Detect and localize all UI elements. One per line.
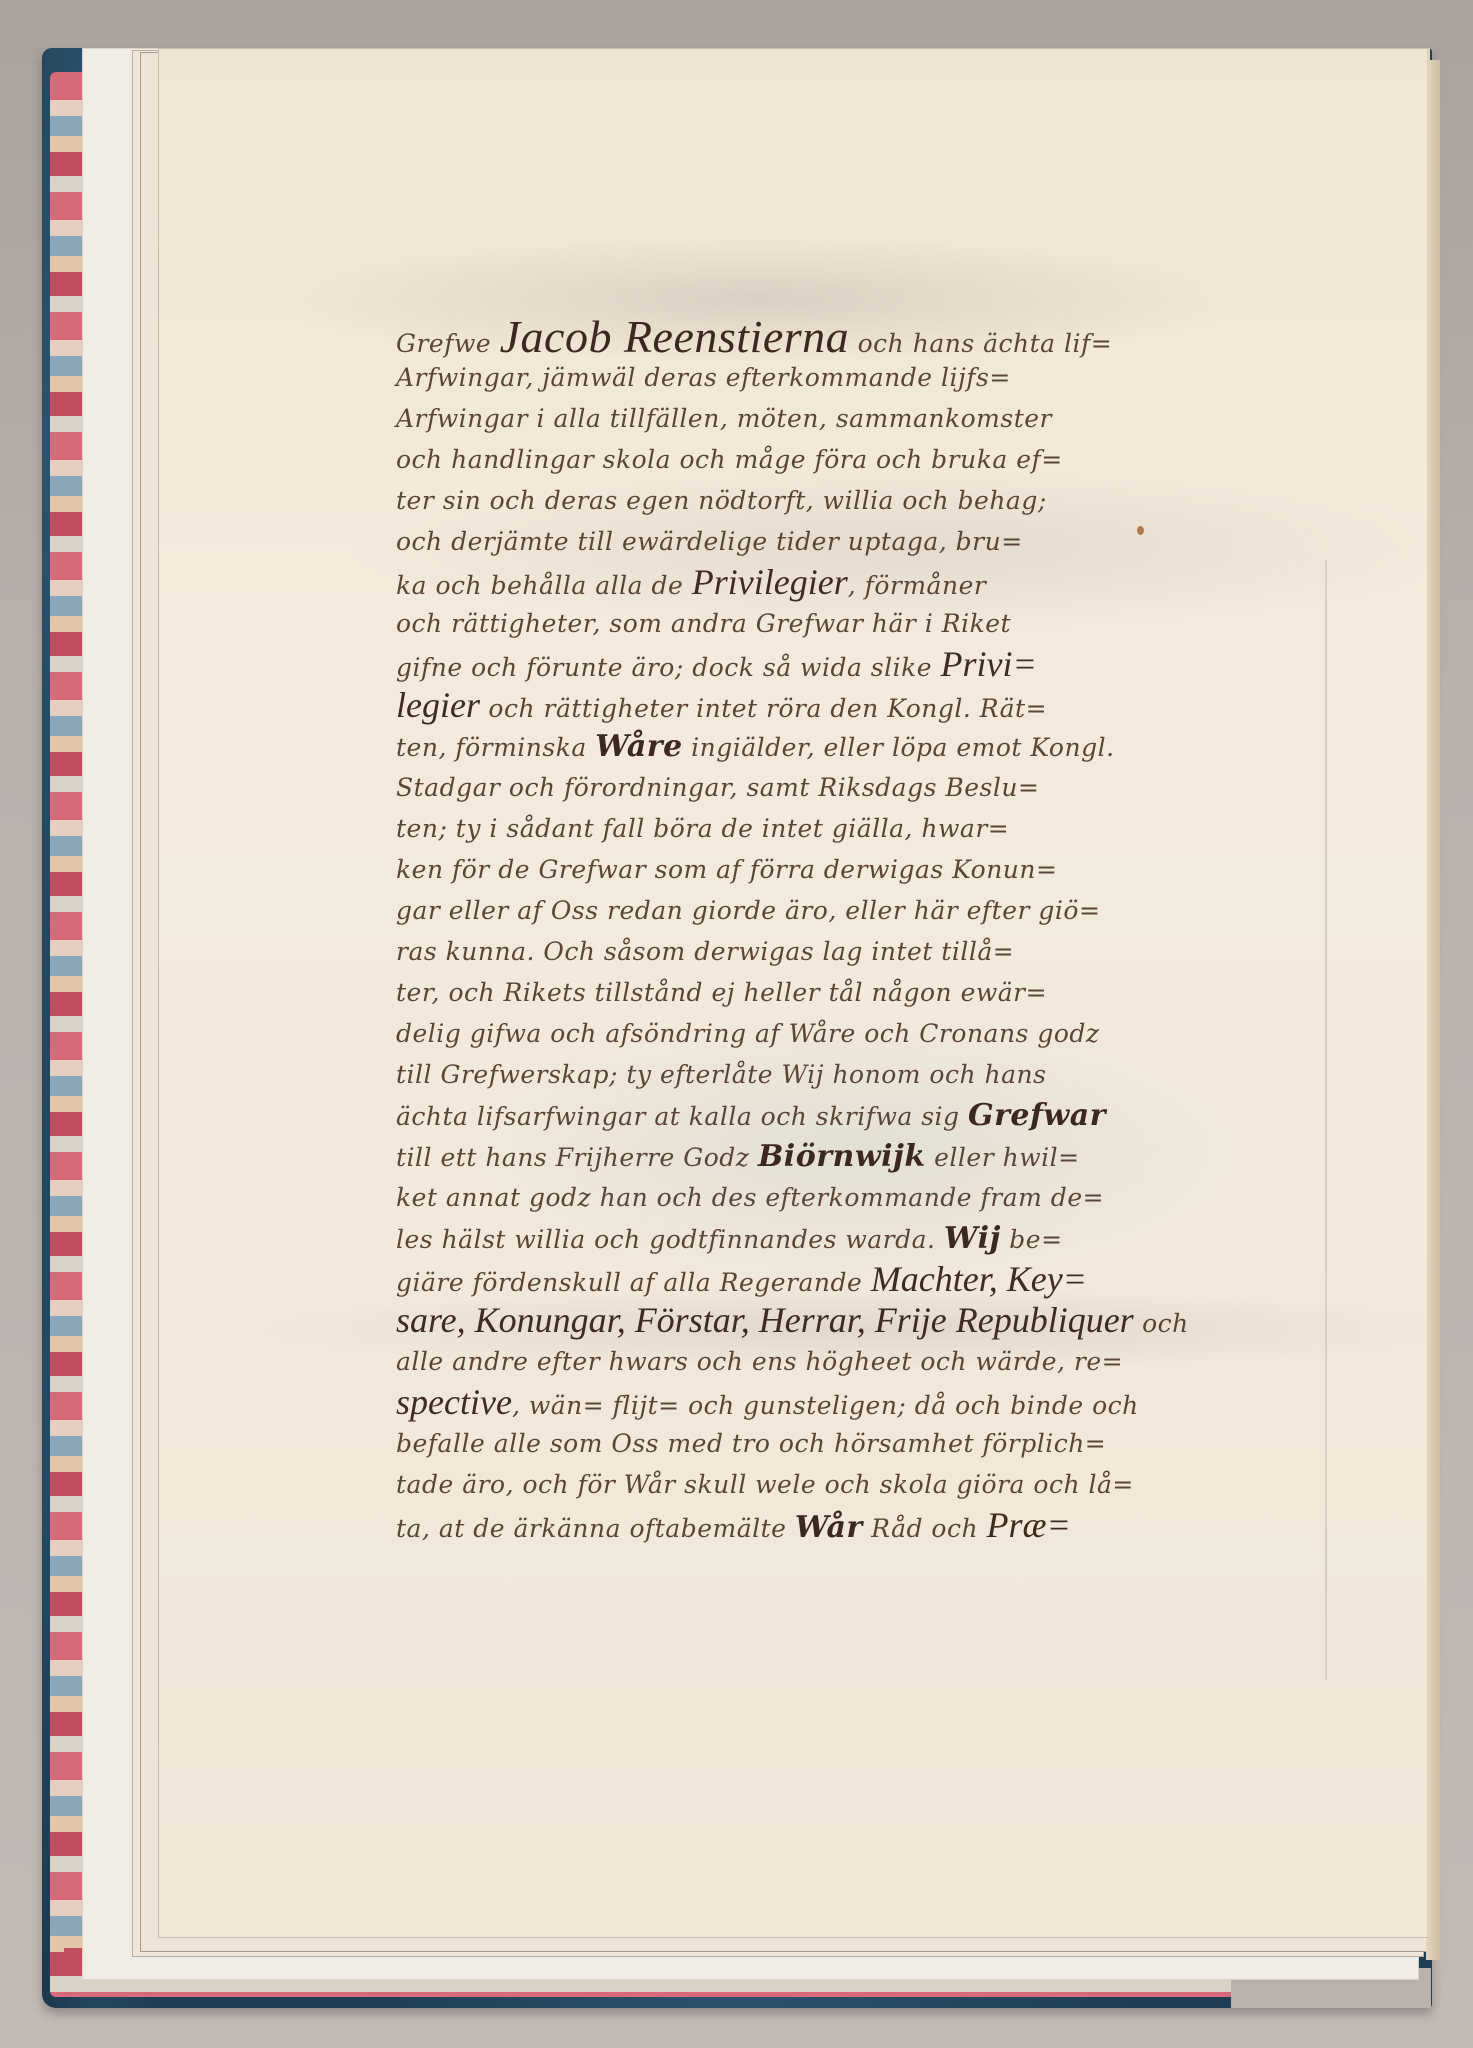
text-line: Arfwingar, jämwäl deras efterkommande li… xyxy=(396,357,1326,398)
text-line: till ett hans Frijherre Godz Biörnwijk e… xyxy=(396,1136,1326,1177)
text-line: sare, Konungar, Förstar, Herrar, Frije R… xyxy=(396,1300,1326,1341)
text-line: ächta lifsarfwingar at kalla och skrifwa… xyxy=(396,1095,1326,1136)
text-segment: ras kunna. Och såsom derwigas lag intet … xyxy=(396,937,1014,966)
text-line: och rättigheter, som andra Grefwar här i… xyxy=(396,603,1326,644)
text-line: spective, wän= flijt= och gunsteligen; d… xyxy=(396,1382,1326,1423)
text-segment: och rättigheter, som andra Grefwar här i… xyxy=(396,609,1011,638)
text-line: gar eller af Oss redan giorde äro, eller… xyxy=(396,890,1326,931)
text-line: ka och behålla alla de Privilegier, förm… xyxy=(396,562,1326,603)
text-line: legier och rättigheter intet röra den Ko… xyxy=(396,685,1326,726)
emphasized-word: Grefwar xyxy=(968,1098,1106,1133)
text-segment: , förmåner xyxy=(848,571,987,600)
text-segment: delig gifwa och afsöndring af Wåre och C… xyxy=(396,1019,1100,1048)
text-segment: och hans ächta lif= xyxy=(849,329,1112,358)
text-line: gifne och förunte äro; dock så wida slik… xyxy=(396,644,1326,685)
text-segment: ken för de Grefwar som af förra derwigas… xyxy=(396,855,1057,884)
text-segment: , wän= flijt= och gunsteligen; då och bi… xyxy=(512,1391,1139,1420)
text-line: ta, at de ärkänna oftabemälte Wår Råd oc… xyxy=(396,1505,1326,1546)
text-segment: gar eller af Oss redan giorde äro, eller… xyxy=(396,896,1100,925)
text-segment: till Grefwerskap; ty efterlåte Wij honom… xyxy=(396,1060,1046,1089)
emphasized-word: Præ= xyxy=(987,1505,1071,1545)
text-segment: Arfwingar i alla tillfällen, möten, samm… xyxy=(396,404,1052,433)
text-segment: ingiälder, eller löpa emot Kongl. xyxy=(683,733,1115,762)
text-line: Stadgar och förordningar, samt Riksdags … xyxy=(396,767,1326,808)
text-segment: eller hwil= xyxy=(926,1143,1080,1172)
text-segment: Arfwingar, jämwäl deras efterkommande li… xyxy=(396,363,1011,392)
text-line: ter sin och deras egen nödtorft, willia … xyxy=(396,480,1326,521)
text-segment: alle andre efter hwars och ens högheet o… xyxy=(396,1347,1123,1376)
text-segment: les hälst willia och godtfinnandes warda… xyxy=(396,1225,944,1254)
text-segment: Grefwe xyxy=(396,329,500,358)
text-line: giäre fördenskull af alla Regerande Mach… xyxy=(396,1259,1326,1300)
text-segment: ta, at de ärkänna oftabemälte xyxy=(396,1514,795,1543)
text-segment: ter, och Rikets tillstånd ej heller tål … xyxy=(396,978,1047,1007)
emphasized-word: Privi= xyxy=(941,644,1037,684)
manuscript-text: Grefwe Jacob Reenstierna och hans ächta … xyxy=(396,316,1326,1546)
emphasized-word: sare, Konungar, Förstar, Herrar, Frije R… xyxy=(396,1300,1134,1340)
text-segment: ächta lifsarfwingar at kalla och skrifwa… xyxy=(396,1102,968,1131)
text-line: och derjämte till ewärdelige tider uptag… xyxy=(396,521,1326,562)
text-segment: tade äro, och för Wår skull wele och sko… xyxy=(396,1470,1134,1499)
text-line: les hälst willia och godtfinnandes warda… xyxy=(396,1218,1326,1259)
text-segment: giäre fördenskull af alla Regerande xyxy=(396,1268,871,1297)
text-segment: ka och behålla alla de xyxy=(396,571,692,600)
text-segment: ten, förminska xyxy=(396,733,595,762)
text-line: delig gifwa och afsöndring af Wåre och C… xyxy=(396,1013,1326,1054)
text-segment: och handlingar skola och måge föra och b… xyxy=(396,445,1063,474)
emphasized-word: Wår xyxy=(795,1510,863,1545)
text-segment: Råd och xyxy=(863,1514,987,1543)
text-line: ten; ty i sådant fall böra de intet giäl… xyxy=(396,808,1326,849)
text-segment: be= xyxy=(1001,1225,1063,1254)
emphasized-word: Privilegier xyxy=(692,562,848,602)
text-segment: till ett hans Frijherre Godz xyxy=(396,1143,758,1172)
text-line: ras kunna. Och såsom derwigas lag intet … xyxy=(396,931,1326,972)
text-line: till Grefwerskap; ty efterlåte Wij honom… xyxy=(396,1054,1326,1095)
emphasized-word: Machter, Key= xyxy=(871,1259,1087,1299)
emphasized-word: Wåre xyxy=(595,729,682,764)
text-line: ter, och Rikets tillstånd ej heller tål … xyxy=(396,972,1326,1013)
text-line: befalle alle som Oss med tro och hörsamh… xyxy=(396,1423,1326,1464)
text-line: ket annat godz han och des efterkommande… xyxy=(396,1177,1326,1218)
text-segment: befalle alle som Oss med tro och hörsamh… xyxy=(396,1429,1106,1458)
text-segment: ter sin och deras egen nödtorft, willia … xyxy=(396,486,1047,515)
text-line: ten, förminska Wåre ingiälder, eller löp… xyxy=(396,726,1326,767)
text-line: och handlingar skola och måge föra och b… xyxy=(396,439,1326,480)
emphasized-word: Wij xyxy=(944,1221,1001,1256)
text-line: alle andre efter hwars och ens högheet o… xyxy=(396,1341,1326,1382)
emphasized-word: Jacob Reenstierna xyxy=(500,311,850,362)
text-segment: och derjämte till ewärdelige tider uptag… xyxy=(396,527,1023,556)
emphasized-word: Biörnwijk xyxy=(758,1139,926,1174)
text-segment: Stadgar och förordningar, samt Riksdags … xyxy=(396,773,1039,802)
text-segment: gifne och förunte äro; dock så wida slik… xyxy=(396,653,941,682)
text-line: ken för de Grefwar som af förra derwigas… xyxy=(396,849,1326,890)
text-line: Arfwingar i alla tillfällen, möten, samm… xyxy=(396,398,1326,439)
text-segment: och rättigheter intet röra den Kongl. Rä… xyxy=(480,694,1047,723)
emphasized-word: legier xyxy=(396,685,480,725)
text-segment: och xyxy=(1134,1309,1189,1338)
text-line: Grefwe Jacob Reenstierna och hans ächta … xyxy=(396,316,1326,357)
text-segment: ket annat godz han och des efterkommande… xyxy=(396,1183,1104,1212)
emphasized-word: spective xyxy=(396,1382,512,1422)
text-segment: ten; ty i sådant fall böra de intet giäl… xyxy=(396,814,1009,843)
text-line: tade äro, och för Wår skull wele och sko… xyxy=(396,1464,1326,1505)
